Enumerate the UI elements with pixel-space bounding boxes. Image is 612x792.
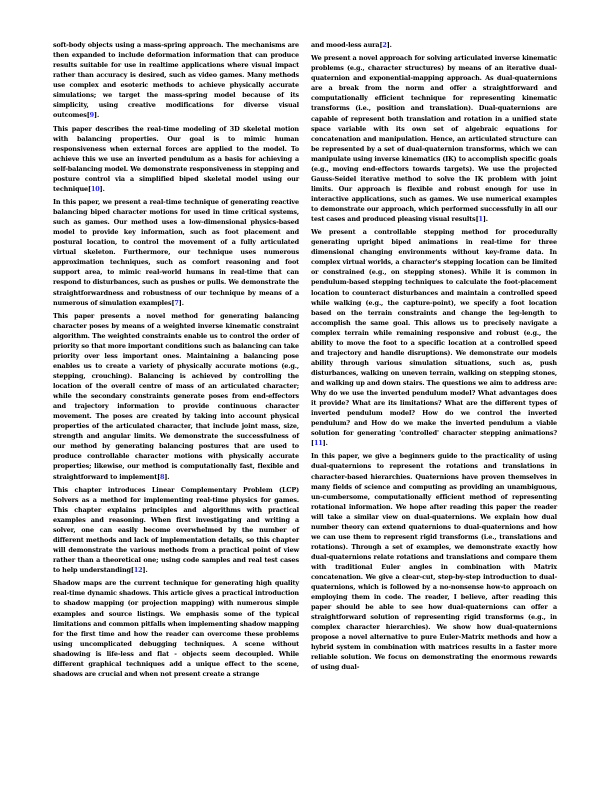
paragraph-lcp-solvers: This chapter introduces Linear Complemen…: [53, 485, 299, 575]
paragraph-controllable-stepping: We present a controllable stepping metho…: [311, 227, 557, 448]
citation-link[interactable]: 1: [479, 215, 483, 223]
citation-link[interactable]: 2: [382, 41, 386, 49]
right-column: and mood-less aura[2]. We present a nove…: [311, 40, 557, 676]
paragraph-skeletal-motion: This paper describes the real-time model…: [53, 124, 299, 194]
citation-link[interactable]: 12: [134, 566, 143, 574]
citation-link[interactable]: 8: [160, 473, 164, 481]
paragraph-shadow-maps: Shadow maps are the current technique fo…: [53, 578, 299, 678]
citation-link[interactable]: 11: [314, 439, 323, 447]
paragraph-reactive-balancing: In this paper, we present a real-time te…: [53, 197, 299, 308]
paragraph-dual-quaternion-guide: In this paper, we give a beginners guide…: [311, 451, 557, 672]
citation-link[interactable]: 7: [174, 299, 178, 307]
paragraph-soft-body: soft-body objects using a mass-spring ap…: [53, 40, 299, 120]
paragraph-mood-less-aura: and mood-less aura[2].: [311, 40, 557, 50]
paper-page: soft-body objects using a mass-spring ap…: [0, 0, 612, 792]
paragraph-dual-quaternion-ik: We present a novel approach for solving …: [311, 53, 557, 224]
paragraph-weighted-ik: This paper presents a novel method for g…: [53, 311, 299, 482]
citation-link[interactable]: 10: [91, 185, 100, 193]
citation-link[interactable]: 9: [90, 111, 94, 119]
left-column: soft-body objects using a mass-spring ap…: [53, 40, 299, 682]
